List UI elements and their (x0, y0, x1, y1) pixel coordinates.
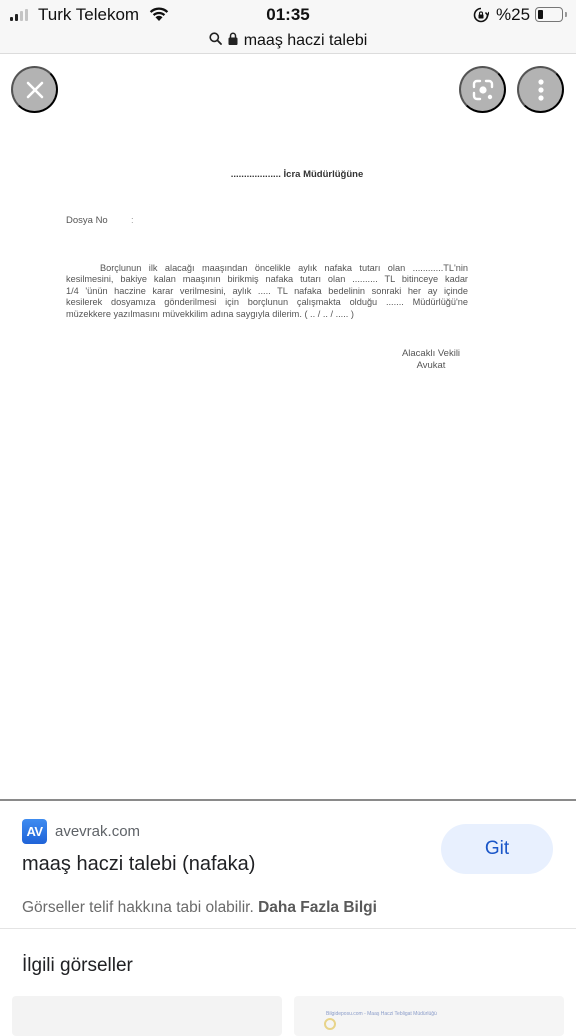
site-logo-icon: AV (22, 819, 47, 844)
close-icon (25, 80, 45, 100)
battery-icon (535, 7, 563, 22)
document-line: müzekkere yazılmasını müvekkilim adına s… (66, 309, 468, 320)
search-icon (209, 32, 222, 50)
rotation-lock-icon (473, 7, 489, 28)
copyright-notice: Görseller telif hakkına tabi olabilir. D… (22, 899, 377, 917)
related-images-heading: İlgili görseller (22, 955, 133, 977)
search-query: maaş haczi talebi (244, 32, 368, 50)
url-bar[interactable]: maaş haczi talebi (0, 28, 576, 54)
more-vertical-icon (537, 78, 545, 102)
document-body: Borçlunun ilk alacağı maaşından öncelikl… (66, 263, 468, 320)
document-line: Borçlunun ilk alacağı maaşından öncelikl… (66, 263, 468, 274)
document-line: kesilerek dosyamıza gönderilmesi için bo… (66, 297, 468, 308)
thumbnail-logo-icon (324, 1018, 336, 1024)
document-heading: ................... İcra Müdürlüğüne (0, 169, 576, 180)
carrier-name: Turk Telekom (38, 5, 139, 25)
signal-icon (10, 9, 28, 21)
visit-button[interactable]: Git (441, 824, 553, 874)
thumbnail-caption: Bilgideposu.com - Maaş Haczi Tebligat Mü… (326, 1011, 437, 1017)
document-signature: Alacaklı Vekili Avukat (398, 348, 464, 372)
status-bar: Turk Telekom 01:35 %25 (0, 0, 576, 30)
lens-icon (471, 78, 495, 102)
more-options-button[interactable] (517, 66, 564, 113)
wifi-icon (148, 5, 170, 27)
file-number-label: Dosya No (66, 215, 108, 226)
related-image-thumbnail[interactable] (12, 996, 282, 1024)
signature-role: Alacaklı Vekili (398, 348, 464, 360)
section-divider (0, 928, 576, 929)
document-image: ................... İcra Müdürlüğüne Dos… (0, 55, 576, 799)
lens-button[interactable] (459, 66, 506, 113)
source-site[interactable]: AV avevrak.com (22, 819, 140, 844)
copyright-text: Görseller telif hakkına tabi olabilir. (22, 899, 254, 916)
signature-title: Avukat (398, 360, 464, 372)
document-line: 1/4 'ünün haczine karar verilmesini, ayl… (66, 286, 468, 297)
lock-icon (228, 32, 238, 50)
image-viewer[interactable]: ................... İcra Müdürlüğüne Dos… (0, 55, 576, 799)
site-name[interactable]: avevrak.com (55, 823, 140, 840)
result-info-panel: AV avevrak.com maaş haczi talebi (nafaka… (0, 801, 576, 1024)
learn-more-link[interactable]: Daha Fazla Bilgi (258, 899, 377, 916)
related-image-thumbnail[interactable]: Bilgideposu.com - Maaş Haczi Tebligat Mü… (294, 996, 564, 1024)
document-line: kesilmesini, bakiye kalan maaşının birik… (66, 274, 468, 285)
battery-percentage: %25 (496, 5, 530, 25)
close-button[interactable] (11, 66, 58, 113)
result-title[interactable]: maaş haczi talebi (nafaka) (22, 853, 255, 876)
file-number-separator: : (131, 215, 134, 226)
